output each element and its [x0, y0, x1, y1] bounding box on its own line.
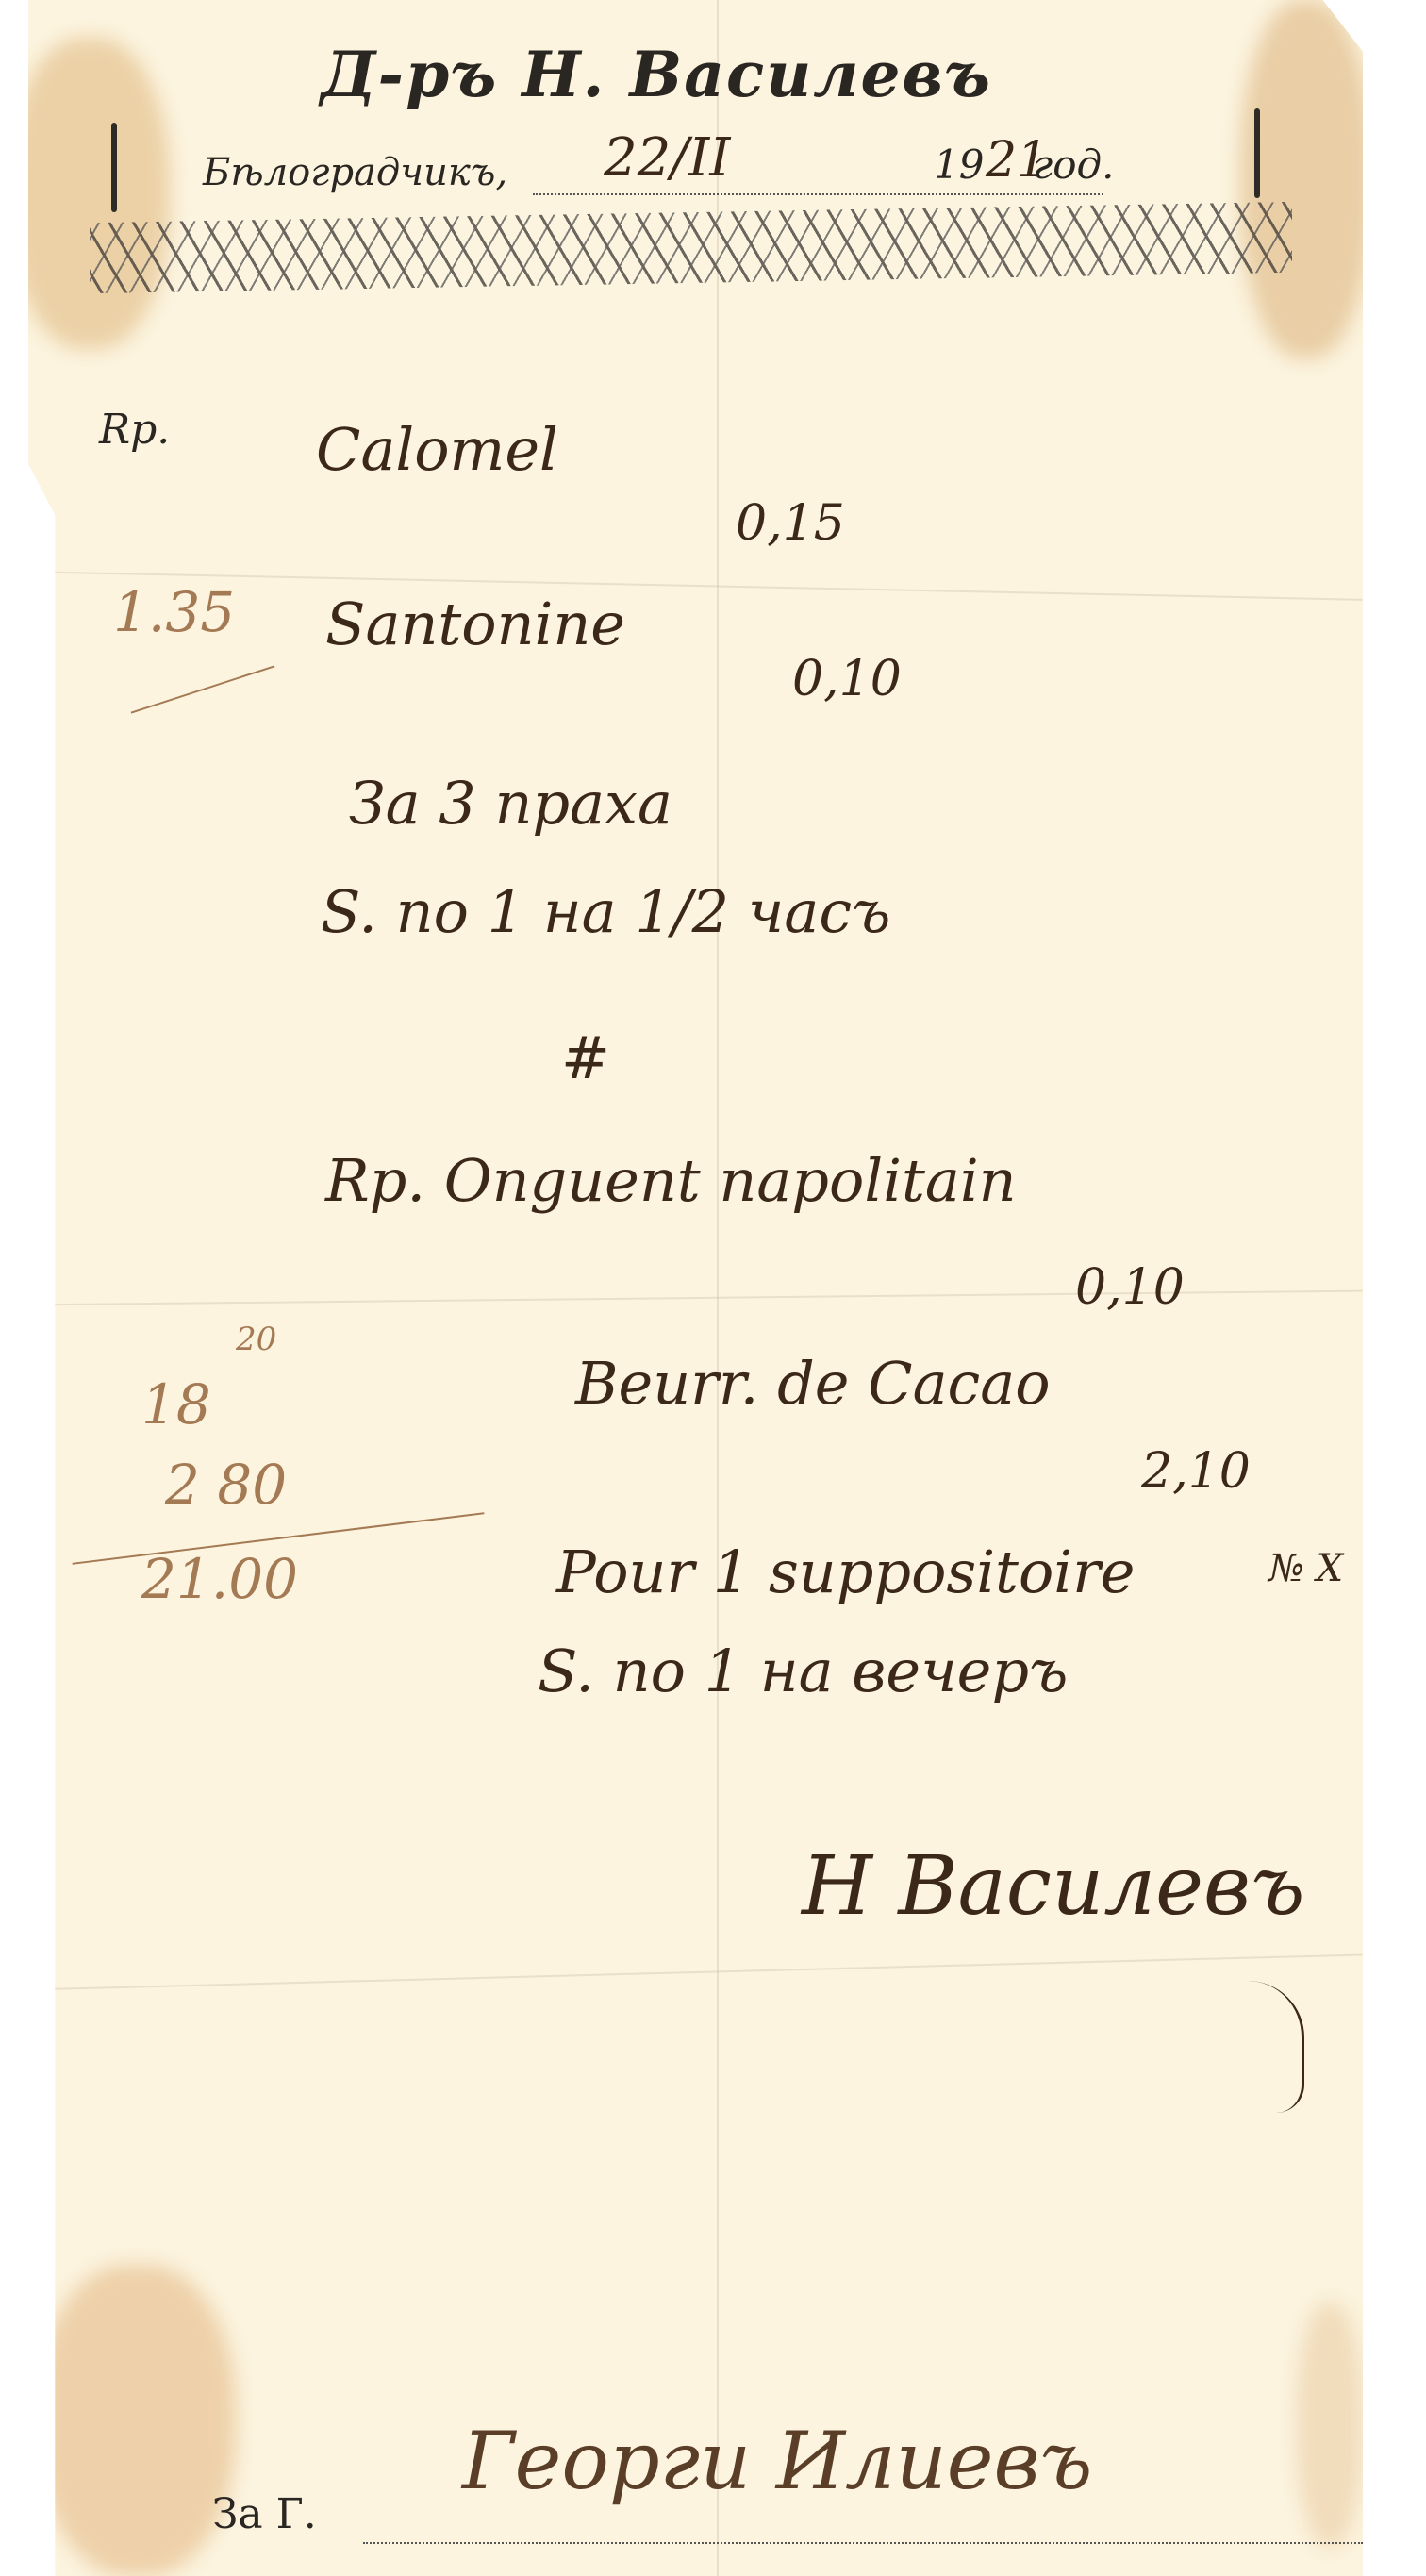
- stain: [38, 2265, 236, 2576]
- price-note: 1.35: [113, 580, 235, 644]
- rx-line: Beurr. de Cacao: [575, 1349, 1051, 1418]
- year-prefix: 19: [934, 141, 984, 188]
- rx-qty: 0,15: [736, 495, 845, 552]
- fold-crease: [717, 0, 719, 2576]
- patient-dotted-line: [363, 2542, 1363, 2544]
- rx-line: S. по 1 на вечеръ: [538, 1637, 1068, 1705]
- date-value: 22/II: [604, 127, 730, 189]
- rx-qty: 2,10: [1141, 1443, 1251, 1500]
- town-label: Бѣлоградчикъ,: [203, 151, 507, 194]
- price-note: 18: [141, 1372, 211, 1437]
- patient-name: Георги Илиевъ: [462, 2415, 1092, 2507]
- rx-count: № X: [1268, 1547, 1343, 1590]
- price-total: 21.00: [141, 1547, 298, 1611]
- year-suffix: год.: [1033, 141, 1114, 188]
- stain: [1240, 0, 1372, 358]
- separator-mark: #: [561, 1023, 610, 1092]
- patient-label: За Г.: [212, 2490, 317, 2538]
- ornament-scroll-icon: [111, 123, 117, 212]
- rp-label: Rp.: [99, 406, 170, 454]
- price-note-sup: 20: [236, 1321, 276, 1358]
- rx-qty: 0,10: [1075, 1259, 1185, 1316]
- rx-line: Pour 1 suppositoire: [556, 1537, 1135, 1606]
- rx-line: За 3 праха: [349, 769, 672, 838]
- rx-qty: 0,10: [792, 651, 902, 707]
- doctor-signature: Н Василевъ: [802, 1839, 1304, 1934]
- rx-line: S. по 1 на 1/2 часъ: [321, 877, 890, 946]
- ornament-scroll-icon: [1254, 108, 1260, 198]
- rx-line: Calomel: [316, 415, 558, 484]
- stain: [9, 38, 170, 349]
- stain: [1297, 2302, 1363, 2548]
- rx-line: Santonine: [325, 590, 625, 658]
- doctor-name: Д-ръ Н. Василевъ: [321, 38, 992, 111]
- date-dotted-line: [533, 193, 1103, 195]
- fold-crease: [28, 1953, 1363, 1990]
- rx-line: Rp. Onguent napolitain: [325, 1146, 1017, 1215]
- price-note: 2 80: [165, 1453, 287, 1517]
